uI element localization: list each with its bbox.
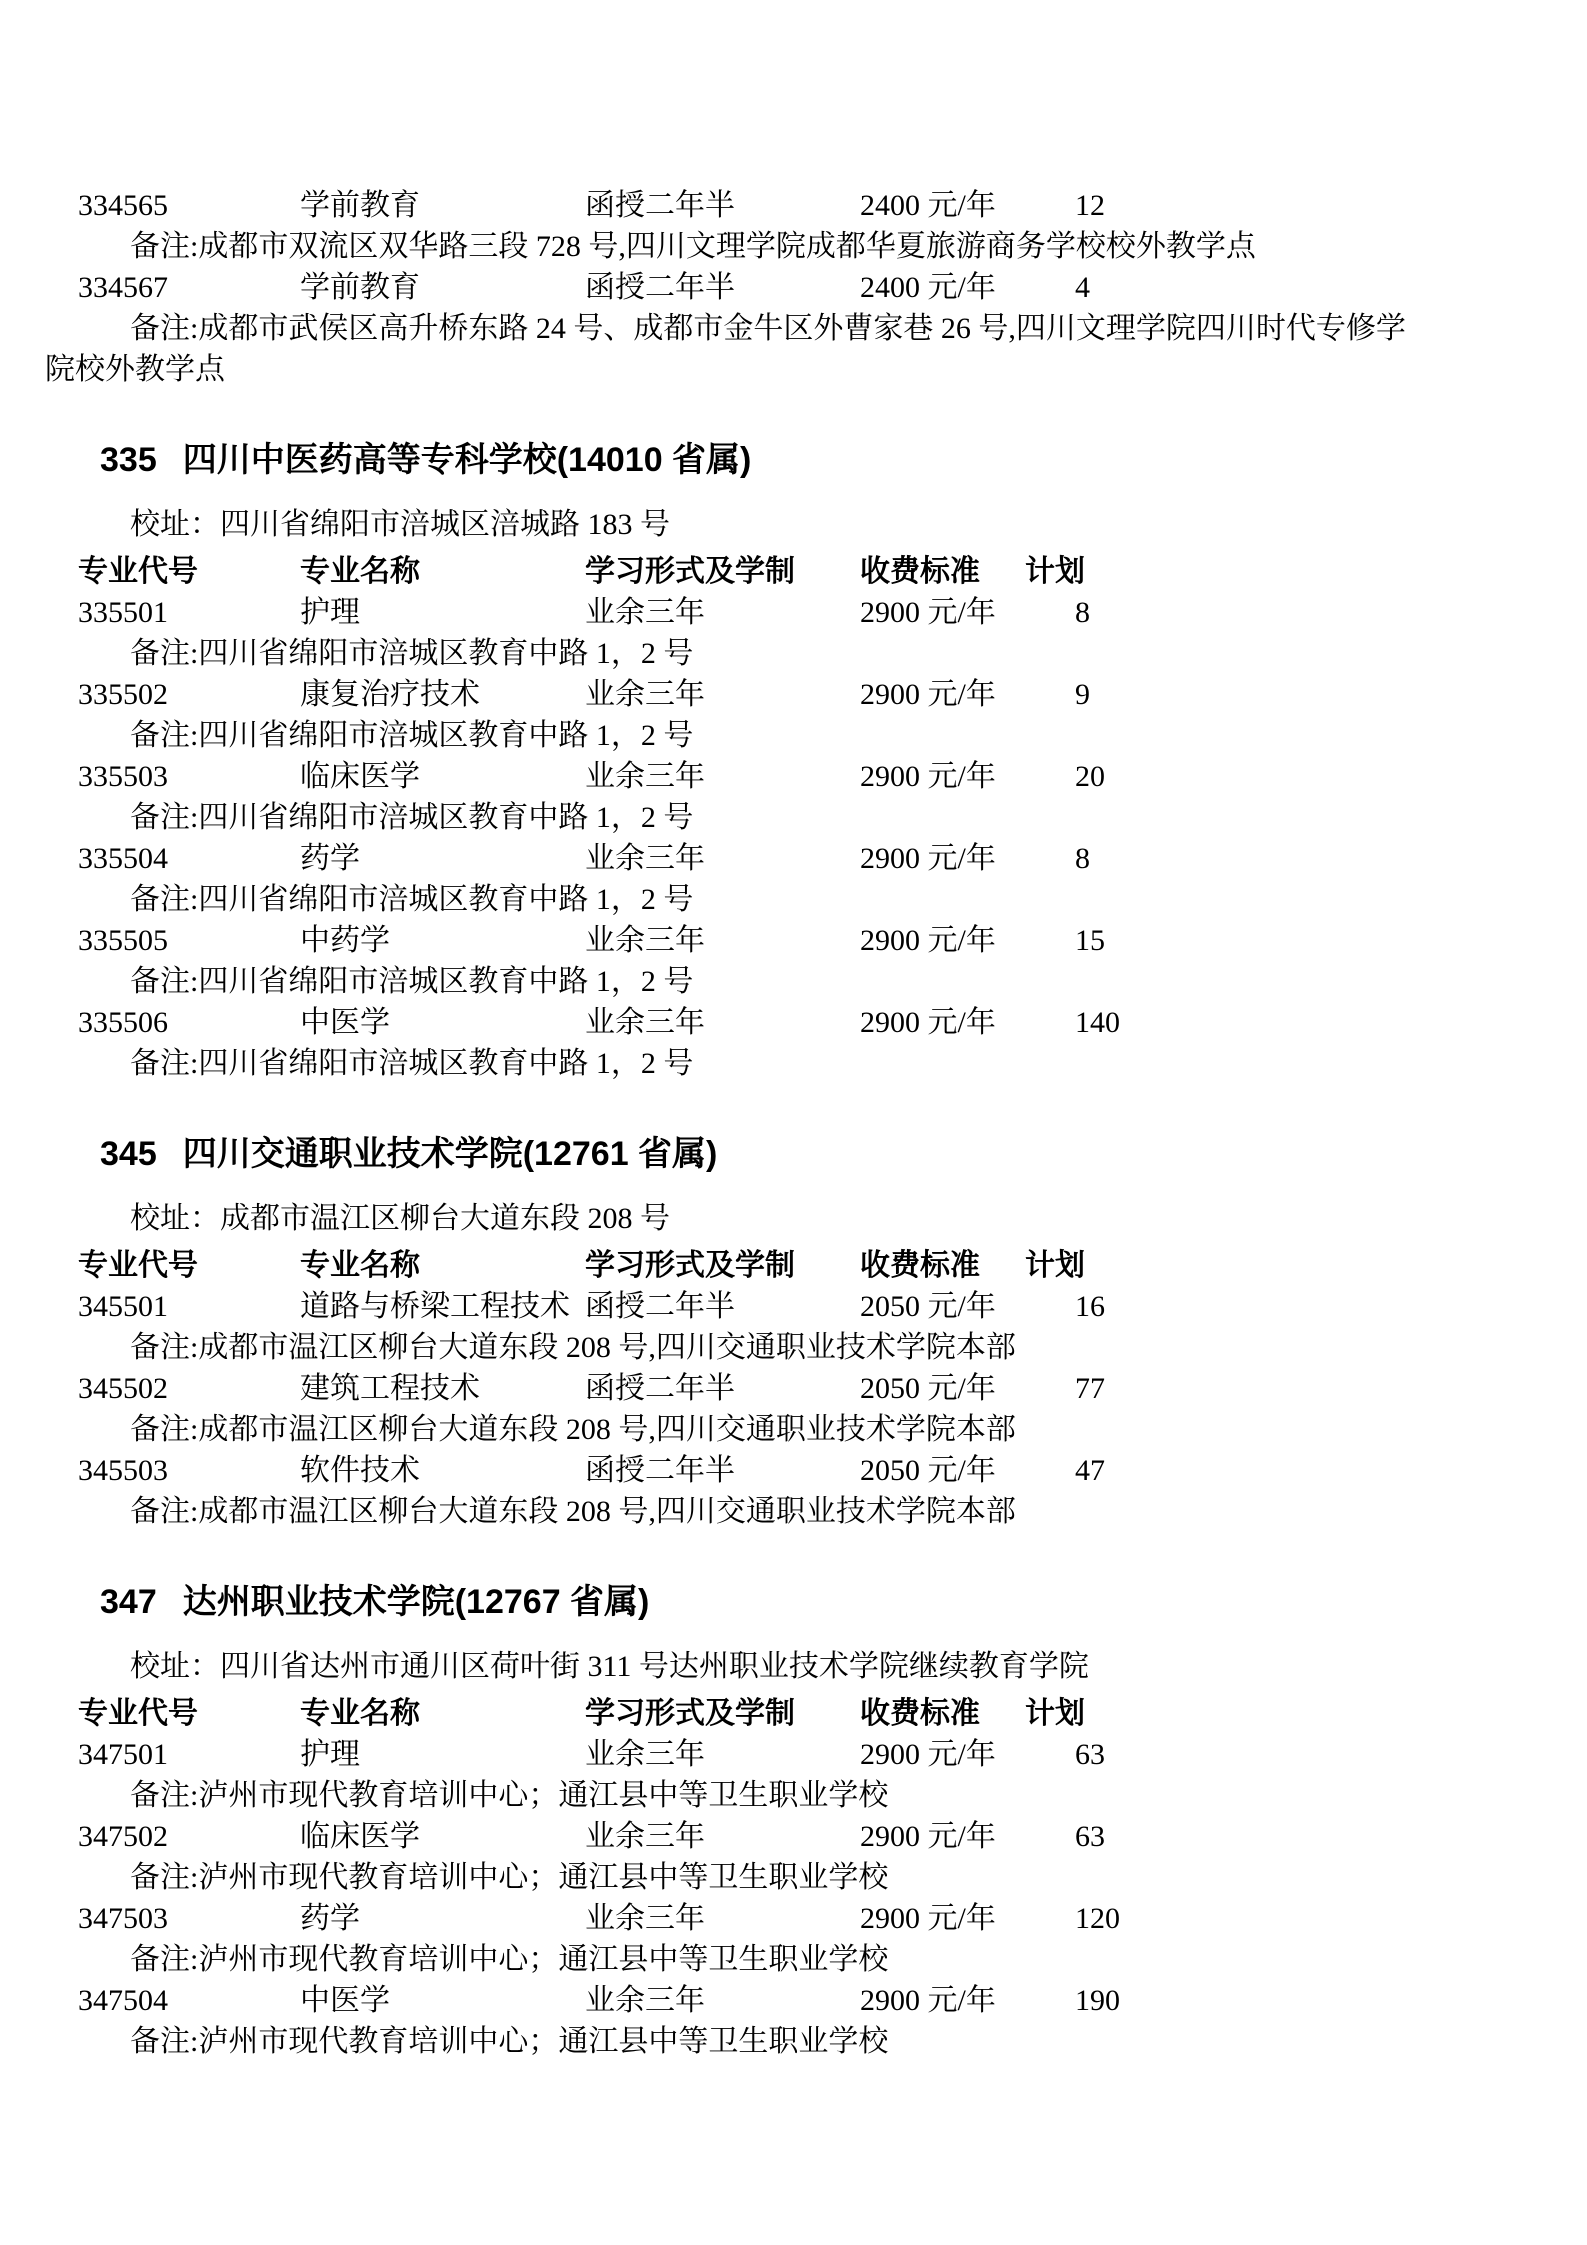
plan-count: 20 (1075, 756, 1105, 797)
major-rows: 347501护理业余三年2900 元/年63备注:泸州市现代教育培训中心；通江县… (45, 1734, 1425, 2062)
plan-count: 140 (1075, 1002, 1120, 1043)
major-row: 347503药学业余三年2900 元/年120 (45, 1898, 1425, 1939)
col-header-form: 学习形式及学制 (585, 551, 860, 592)
school-number: 345 (100, 1135, 157, 1173)
table-header: 专业代号 专业名称 学习形式及学制 收费标准 计划 (45, 1245, 1425, 1286)
plan-count: 16 (1075, 1286, 1105, 1327)
study-form: 函授二年半 (585, 1450, 860, 1491)
study-form: 业余三年 (585, 838, 860, 879)
plan-count: 63 (1075, 1816, 1105, 1857)
plan-count: 63 (1075, 1734, 1105, 1775)
major-name: 学前教育 (300, 185, 585, 226)
document-page: 334565学前教育函授二年半2400 元/年12备注:成都市双流区双华路三段 … (0, 0, 1587, 2245)
major-name: 道路与桥梁工程技术 (300, 1286, 585, 1327)
major-code: 345503 (45, 1450, 300, 1491)
remark-line: 备注:四川省绵阳市涪城区教育中路 1，2 号 (45, 633, 1425, 674)
major-code: 334567 (45, 267, 300, 308)
study-form: 业余三年 (585, 1734, 860, 1775)
remark-line: 备注:四川省绵阳市涪城区教育中路 1，2 号 (45, 1043, 1425, 1084)
major-rows: 345501道路与桥梁工程技术函授二年半2050 元/年16备注:成都市温江区柳… (45, 1286, 1425, 1532)
school-name: 达州职业技术学院(12767 省属) (183, 1583, 650, 1621)
study-form: 业余三年 (585, 1898, 860, 1939)
col-header-name: 专业名称 (300, 1693, 585, 1734)
major-code: 334565 (45, 185, 300, 226)
remark-line: 备注:四川省绵阳市涪城区教育中路 1，2 号 (45, 879, 1425, 920)
table-header: 专业代号 专业名称 学习形式及学制 收费标准 计划 (45, 1693, 1425, 1734)
remark-line: 备注:四川省绵阳市涪城区教育中路 1，2 号 (45, 715, 1425, 756)
major-code: 347503 (45, 1898, 300, 1939)
major-rows: 335501护理业余三年2900 元/年8备注:四川省绵阳市涪城区教育中路 1，… (45, 592, 1425, 1084)
page-content: 334565学前教育函授二年半2400 元/年12备注:成都市双流区双华路三段 … (45, 185, 1425, 2062)
col-header-fee: 收费标准 (860, 551, 1025, 592)
major-name: 药学 (300, 838, 585, 879)
major-name: 中药学 (300, 920, 585, 961)
plan-count: 77 (1075, 1368, 1105, 1409)
major-row: 335501护理业余三年2900 元/年8 (45, 592, 1425, 633)
continuation-rows: 334565学前教育函授二年半2400 元/年12备注:成都市双流区双华路三段 … (45, 185, 1425, 390)
major-row: 335505中药学业余三年2900 元/年15 (45, 920, 1425, 961)
col-header-plan: 计划 (1025, 1245, 1085, 1286)
study-form: 业余三年 (585, 1816, 860, 1857)
major-row: 335502康复治疗技术业余三年2900 元/年9 (45, 674, 1425, 715)
major-name: 软件技术 (300, 1450, 585, 1491)
col-header-form: 学习形式及学制 (585, 1693, 860, 1734)
fee-standard: 2900 元/年 (860, 674, 1075, 715)
remark-line: 备注:泸州市现代教育培训中心；通江县中等卫生职业学校 (45, 1939, 1425, 1980)
major-row: 345503软件技术函授二年半2050 元/年47 (45, 1450, 1425, 1491)
school-section-345: 345四川交通职业技术学院(12761 省属) 校址：成都市温江区柳台大道东段 … (45, 1132, 1425, 1532)
col-header-code: 专业代号 (45, 1245, 300, 1286)
remark-line: 备注:成都市温江区柳台大道东段 208 号,四川交通职业技术学院本部 (45, 1491, 1425, 1532)
col-header-fee: 收费标准 (860, 1245, 1025, 1286)
plan-count: 4 (1075, 267, 1090, 308)
plan-count: 8 (1075, 592, 1090, 633)
fee-standard: 2900 元/年 (860, 1980, 1075, 2021)
major-name: 建筑工程技术 (300, 1368, 585, 1409)
major-code: 347504 (45, 1980, 300, 2021)
plan-count: 12 (1075, 185, 1105, 226)
remark-line: 备注:四川省绵阳市涪城区教育中路 1，2 号 (45, 797, 1425, 838)
school-number: 335 (100, 441, 157, 479)
fee-standard: 2900 元/年 (860, 838, 1075, 879)
study-form: 业余三年 (585, 592, 860, 633)
major-code: 345502 (45, 1368, 300, 1409)
major-name: 学前教育 (300, 267, 585, 308)
study-form: 函授二年半 (585, 1286, 860, 1327)
remark-line: 备注:泸州市现代教育培训中心；通江县中等卫生职业学校 (45, 1857, 1425, 1898)
fee-standard: 2900 元/年 (860, 756, 1075, 797)
plan-count: 9 (1075, 674, 1090, 715)
major-row: 345502建筑工程技术函授二年半2050 元/年77 (45, 1368, 1425, 1409)
major-row: 334565学前教育函授二年半2400 元/年12 (45, 185, 1425, 226)
address-label: 校址： (130, 1650, 220, 1683)
fee-standard: 2900 元/年 (860, 592, 1075, 633)
study-form: 业余三年 (585, 920, 860, 961)
col-header-code: 专业代号 (45, 551, 300, 592)
fee-standard: 2900 元/年 (860, 1898, 1075, 1939)
school-title: 345四川交通职业技术学院(12761 省属) (100, 1132, 1425, 1176)
remark-line: 备注:成都市双流区双华路三段 728 号,四川文理学院成都华夏旅游商务学校校外教… (45, 226, 1425, 267)
col-header-form: 学习形式及学制 (585, 1245, 860, 1286)
major-row: 335504药学业余三年2900 元/年8 (45, 838, 1425, 879)
school-address-line: 校址：四川省绵阳市涪城区涪城路 183 号 (45, 504, 1425, 545)
col-header-code: 专业代号 (45, 1693, 300, 1734)
school-name: 四川中医药高等专科学校(14010 省属) (183, 441, 752, 479)
remark-line: 备注:泸州市现代教育培训中心；通江县中等卫生职业学校 (45, 2021, 1425, 2062)
col-header-name: 专业名称 (300, 551, 585, 592)
major-code: 347501 (45, 1734, 300, 1775)
fee-standard: 2900 元/年 (860, 1002, 1075, 1043)
major-code: 335501 (45, 592, 300, 633)
major-name: 护理 (300, 1734, 585, 1775)
address-label: 校址： (130, 1202, 220, 1235)
school-title: 347达州职业技术学院(12767 省属) (100, 1580, 1425, 1624)
major-code: 335504 (45, 838, 300, 879)
study-form: 函授二年半 (585, 1368, 860, 1409)
school-name: 四川交通职业技术学院(12761 省属) (183, 1135, 718, 1173)
study-form: 函授二年半 (585, 185, 860, 226)
major-name: 护理 (300, 592, 585, 633)
table-header: 专业代号 专业名称 学习形式及学制 收费标准 计划 (45, 551, 1425, 592)
remark-line: 备注:成都市武侯区高升桥东路 24 号、成都市金牛区外曹家巷 26 号,四川文理… (45, 308, 1425, 390)
col-header-name: 专业名称 (300, 1245, 585, 1286)
study-form: 业余三年 (585, 1980, 860, 2021)
fee-standard: 2400 元/年 (860, 185, 1075, 226)
school-section-347: 347达州职业技术学院(12767 省属) 校址：四川省达州市通川区荷叶街 31… (45, 1580, 1425, 2062)
major-row: 335506中医学业余三年2900 元/年140 (45, 1002, 1425, 1043)
study-form: 函授二年半 (585, 267, 860, 308)
major-name: 临床医学 (300, 756, 585, 797)
major-code: 335506 (45, 1002, 300, 1043)
study-form: 业余三年 (585, 674, 860, 715)
remark-line: 备注:成都市温江区柳台大道东段 208 号,四川交通职业技术学院本部 (45, 1327, 1425, 1368)
address-value: 四川省绵阳市涪城区涪城路 183 号 (220, 508, 670, 541)
major-row: 347502临床医学业余三年2900 元/年63 (45, 1816, 1425, 1857)
address-value: 四川省达州市通川区荷叶街 311 号达州职业技术学院继续教育学院 (220, 1650, 1089, 1683)
remark-line: 备注:成都市温江区柳台大道东段 208 号,四川交通职业技术学院本部 (45, 1409, 1425, 1450)
major-row: 345501道路与桥梁工程技术函授二年半2050 元/年16 (45, 1286, 1425, 1327)
school-section-335: 335四川中医药高等专科学校(14010 省属) 校址：四川省绵阳市涪城区涪城路… (45, 438, 1425, 1084)
major-name: 中医学 (300, 1980, 585, 2021)
study-form: 业余三年 (585, 1002, 860, 1043)
major-name: 药学 (300, 1898, 585, 1939)
major-code: 335502 (45, 674, 300, 715)
fee-standard: 2050 元/年 (860, 1450, 1075, 1491)
school-address-line: 校址：四川省达州市通川区荷叶街 311 号达州职业技术学院继续教育学院 (45, 1646, 1425, 1687)
fee-standard: 2050 元/年 (860, 1368, 1075, 1409)
major-code: 345501 (45, 1286, 300, 1327)
major-row: 335503临床医学业余三年2900 元/年20 (45, 756, 1425, 797)
major-code: 347502 (45, 1816, 300, 1857)
col-header-plan: 计划 (1025, 1693, 1085, 1734)
col-header-fee: 收费标准 (860, 1693, 1025, 1734)
remark-line: 备注:泸州市现代教育培训中心；通江县中等卫生职业学校 (45, 1775, 1425, 1816)
remark-line: 备注:四川省绵阳市涪城区教育中路 1，2 号 (45, 961, 1425, 1002)
address-value: 成都市温江区柳台大道东段 208 号 (220, 1202, 670, 1235)
school-number: 347 (100, 1583, 157, 1621)
study-form: 业余三年 (585, 756, 860, 797)
major-row: 334567学前教育函授二年半2400 元/年4 (45, 267, 1425, 308)
major-name: 中医学 (300, 1002, 585, 1043)
major-name: 临床医学 (300, 1816, 585, 1857)
major-code: 335503 (45, 756, 300, 797)
major-name: 康复治疗技术 (300, 674, 585, 715)
fee-standard: 2900 元/年 (860, 1816, 1075, 1857)
major-row: 347501护理业余三年2900 元/年63 (45, 1734, 1425, 1775)
major-row: 347504中医学业余三年2900 元/年190 (45, 1980, 1425, 2021)
major-code: 335505 (45, 920, 300, 961)
address-label: 校址： (130, 508, 220, 541)
fee-standard: 2900 元/年 (860, 920, 1075, 961)
plan-count: 8 (1075, 838, 1090, 879)
plan-count: 47 (1075, 1450, 1105, 1491)
plan-count: 190 (1075, 1980, 1120, 2021)
fee-standard: 2050 元/年 (860, 1286, 1075, 1327)
plan-count: 120 (1075, 1898, 1120, 1939)
school-address-line: 校址：成都市温江区柳台大道东段 208 号 (45, 1198, 1425, 1239)
plan-count: 15 (1075, 920, 1105, 961)
fee-standard: 2400 元/年 (860, 267, 1075, 308)
col-header-plan: 计划 (1025, 551, 1085, 592)
school-title: 335四川中医药高等专科学校(14010 省属) (100, 438, 1425, 482)
fee-standard: 2900 元/年 (860, 1734, 1075, 1775)
